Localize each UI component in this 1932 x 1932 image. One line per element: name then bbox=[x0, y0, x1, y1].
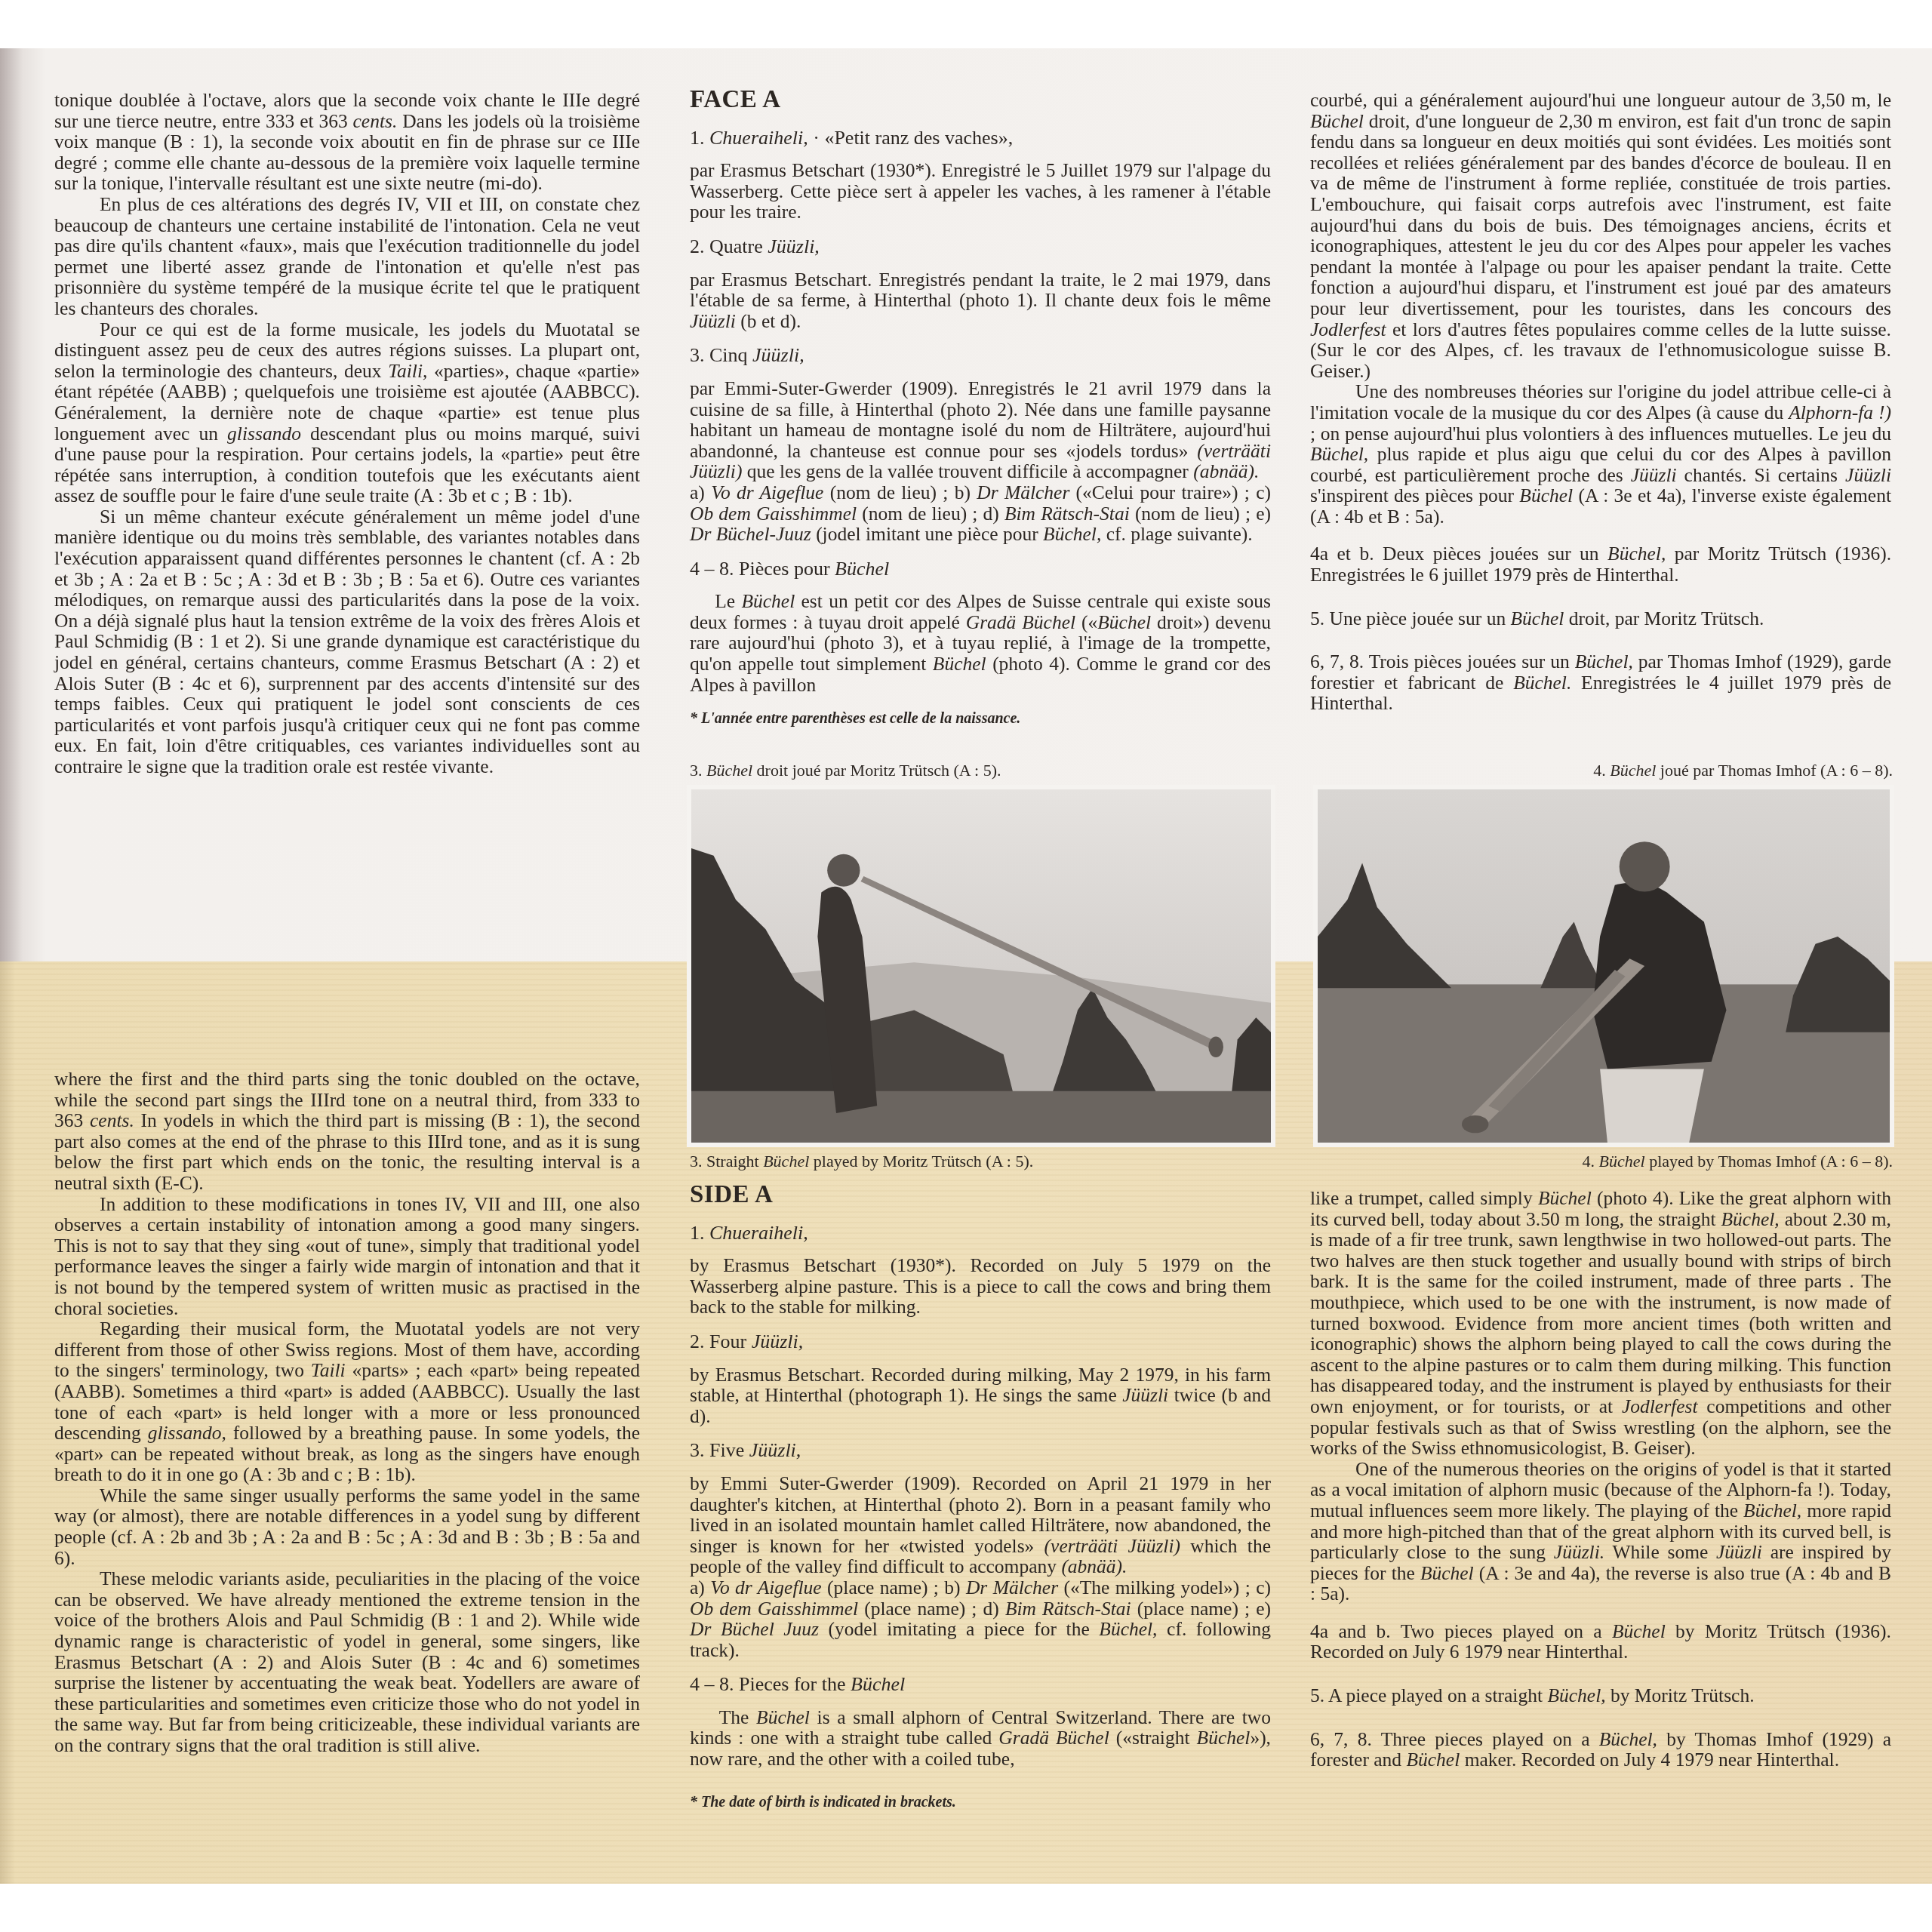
french-left-paragraph: En plus de ces altérations des degrés IV… bbox=[54, 194, 640, 319]
photo-straight-buchel bbox=[687, 785, 1275, 1147]
french-track-title: 1. Chueraiheli, · «Petit ranz des vaches… bbox=[690, 128, 1271, 149]
english-track-description: by Erasmus Betschart. Recorded during mi… bbox=[690, 1364, 1271, 1427]
french-track-description: par Emmi-Suter-Gwerder (1909). Enregistr… bbox=[690, 378, 1271, 545]
french-track-title: 3. Cinq Jüüzli, bbox=[690, 345, 1271, 366]
french-right-paragraph: courbé, qui a généralement aujourd'hui u… bbox=[1310, 90, 1891, 381]
french-left-paragraph: tonique doublée à l'octave, alors que la… bbox=[54, 90, 640, 194]
face-a-heading: FACE A bbox=[690, 90, 1271, 111]
booklet-page: tonique doublée à l'octave, alors que la… bbox=[0, 48, 1932, 1884]
french-right-track-entry: 5. Une pièce jouée sur un Büchel droit, … bbox=[1310, 608, 1891, 629]
french-track-description: par Erasmus Betschart. Enregistrés penda… bbox=[690, 269, 1271, 332]
french-track-title: 4 – 8. Pièces pour Büchel bbox=[690, 558, 1271, 580]
french-track-title: 2. Quatre Jüüzli, bbox=[690, 236, 1271, 257]
english-track-description: The Büchel is a small alphorn of Central… bbox=[690, 1707, 1271, 1770]
french-right-column: courbé, qui a généralement aujourd'hui u… bbox=[1310, 90, 1891, 737]
english-track-description: by Emmi Suter-Gwerder (1909). Recorded o… bbox=[690, 1473, 1271, 1660]
photo-coiled-buchel bbox=[1313, 785, 1894, 1147]
english-right-track-entry: 6, 7, 8. Three pieces played on a Büchel… bbox=[1310, 1729, 1891, 1770]
french-left-column: tonique doublée à l'octave, alors que la… bbox=[54, 90, 640, 777]
english-right-column: like a trumpet, called simply Büchel (ph… bbox=[1310, 1188, 1891, 1793]
french-track-description: Le Büchel est un petit cor des Alpes de … bbox=[690, 591, 1271, 695]
side-a-heading: SIDE A bbox=[690, 1185, 1271, 1206]
english-footnote: * The date of birth is indicated in brac… bbox=[690, 1792, 1271, 1814]
photo3-caption-fr: 3. Büchel droit joué par Moritz Trütsch … bbox=[690, 761, 1001, 780]
french-left-paragraph: Pour ce qui est de la forme musicale, le… bbox=[54, 319, 640, 506]
english-left-paragraph: While the same singer usually performs t… bbox=[54, 1485, 640, 1568]
english-right-track-entry: 4a and b. Two pieces played on a Büchel … bbox=[1310, 1621, 1891, 1663]
english-track-list: 1. Chueraiheli,by Erasmus Betschart (193… bbox=[690, 1223, 1271, 1770]
french-right-paragraph: Une des nombreuses théories sur l'origin… bbox=[1310, 381, 1891, 527]
photo4-caption-fr: 4. Büchel joué par Thomas Imhof (A : 6 –… bbox=[1593, 761, 1893, 780]
english-left-column: where the first and the third parts sing… bbox=[54, 1069, 640, 1756]
french-right-track-entry: 6, 7, 8. Trois pièces jouées sur un Büch… bbox=[1310, 651, 1891, 714]
photo3-caption-en: 3. Straight Büchel played by Moritz Trüt… bbox=[690, 1152, 1033, 1171]
french-left-paragraph: Si un même chanteur exécute généralement… bbox=[54, 506, 640, 777]
english-middle-column: SIDE A 1. Chueraiheli,by Erasmus Betscha… bbox=[690, 1185, 1271, 1813]
english-track-title: 1. Chueraiheli, bbox=[690, 1223, 1271, 1244]
english-right-track-entry: 5. A piece played on a straight Büchel, … bbox=[1310, 1685, 1891, 1706]
english-track-title: 4 – 8. Pieces for the Büchel bbox=[690, 1674, 1271, 1695]
english-left-paragraph: In addition to these modifications in to… bbox=[54, 1194, 640, 1319]
photo-straight-buchel-image bbox=[691, 789, 1271, 1143]
french-footnote: * L'année entre parenthèses est celle de… bbox=[690, 709, 1271, 730]
french-track-description: par Erasmus Betschart (1930*). Enregistr… bbox=[690, 160, 1271, 223]
french-right-track-entry: 4a et b. Deux pièces jouées sur un Büche… bbox=[1310, 543, 1891, 585]
english-track-title: 3. Five Jüüzli, bbox=[690, 1440, 1271, 1461]
french-track-list: 1. Chueraiheli, · «Petit ranz des vaches… bbox=[690, 128, 1271, 696]
english-left-paragraph: Regarding their musical form, the Muotat… bbox=[54, 1318, 640, 1485]
english-left-paragraph: where the first and the third parts sing… bbox=[54, 1069, 640, 1194]
english-left-paragraph: These melodic variants aside, peculiarit… bbox=[54, 1568, 640, 1755]
english-right-paragraph: like a trumpet, called simply Büchel (ph… bbox=[1310, 1188, 1891, 1459]
photo-coiled-buchel-image bbox=[1318, 789, 1890, 1143]
photo4-caption-en: 4. Büchel played by Thomas Imhof (A : 6 … bbox=[1583, 1152, 1893, 1171]
english-track-description: by Erasmus Betschart (1930*). Recorded o… bbox=[690, 1255, 1271, 1318]
english-track-title: 2. Four Jüüzli, bbox=[690, 1331, 1271, 1352]
english-right-paragraph: One of the numerous theories on the orig… bbox=[1310, 1459, 1891, 1604]
french-middle-column: FACE A 1. Chueraiheli, · «Petit ranz des… bbox=[690, 90, 1271, 730]
